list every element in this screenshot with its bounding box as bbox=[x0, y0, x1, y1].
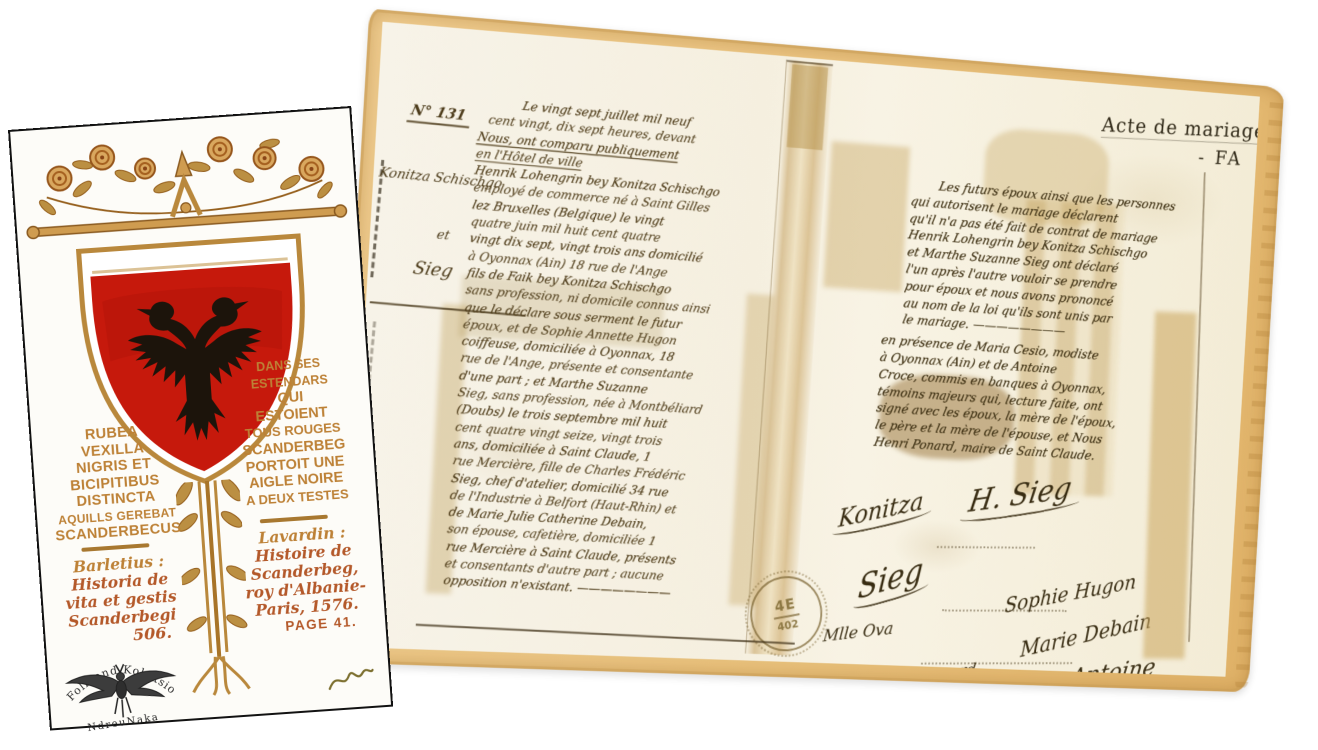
stamp-divider bbox=[774, 613, 800, 620]
french-inscription: DANS SESESTENDARSQUIESTOIENTTOUS ROUGESS… bbox=[211, 352, 375, 512]
card-signature bbox=[326, 664, 376, 695]
collection-stamp: Follaand Koleksion NdreuNaka bbox=[52, 639, 190, 734]
signatures-block: KonitzaH. SiegSiegSophie HugonMlle OvaMa… bbox=[819, 469, 1204, 677]
header-note-title: Acte de mariage bbox=[1101, 113, 1260, 146]
register-double-page: N° 131 Konitza Schischgo et Sieg Le ving… bbox=[345, 22, 1260, 677]
left-page-manuscript: Le vingt sept juillet mil neufcent vingt… bbox=[443, 93, 793, 606]
marriage-act-scan: N° 131 Konitza Schischgo et Sieg Le ving… bbox=[331, 9, 1285, 693]
right-page-manuscript: Les futurs époux ainsi que les personnes… bbox=[873, 175, 1226, 473]
header-note: Acte de mariage - FA bbox=[1101, 113, 1260, 172]
act-number: N° 131 bbox=[406, 101, 473, 128]
french-rule bbox=[260, 515, 328, 523]
page-bottom-edge bbox=[416, 624, 795, 645]
header-note-initials: - FA bbox=[1197, 146, 1260, 172]
scanned-images-collage: N° 131 Konitza Schischgo et Sieg Le ving… bbox=[0, 0, 1318, 750]
latin-rule bbox=[81, 543, 149, 551]
latin-citation: Barletius :Historia devita et gestisScan… bbox=[42, 550, 200, 650]
stamp-code: 4E bbox=[774, 594, 797, 615]
french-citation: Lavardin :Histoire deScanderbeg,roy d'Al… bbox=[223, 521, 388, 640]
latin-inscription: RUBEAVEXILLANIGRIS ETBICIPITIBUSDISTINCT… bbox=[35, 420, 195, 546]
margin-conjunction: et bbox=[435, 228, 451, 244]
signature: Mlle Ova bbox=[822, 619, 894, 646]
signature: H. Sieg bbox=[966, 471, 1074, 520]
signature: Konitza bbox=[837, 487, 924, 534]
margin-party2: Sieg bbox=[411, 258, 455, 282]
signature: Sieg bbox=[857, 550, 925, 607]
signature-dotted-rule bbox=[942, 610, 1066, 612]
scanderbeg-bookplate-card: RUBEAVEXILLANIGRIS ETBICIPITIBUSDISTINCT… bbox=[8, 106, 393, 731]
stamp-number: 402 bbox=[777, 617, 800, 633]
